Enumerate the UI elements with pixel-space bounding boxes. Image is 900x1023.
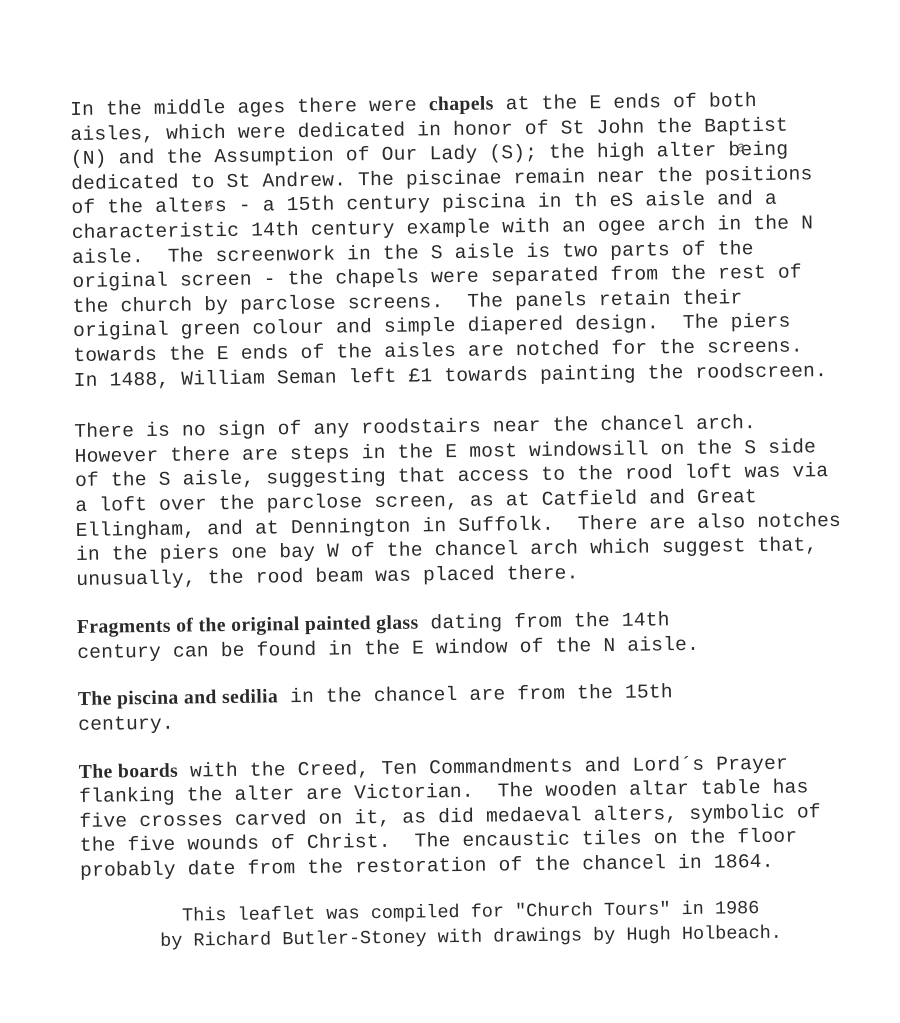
bold-heading: chapels xyxy=(429,93,494,115)
text-run: dating from the 14th xyxy=(418,609,669,634)
bold-heading: Fragments of the original painted glass xyxy=(77,613,419,638)
text-run: In the middle ages there were xyxy=(70,94,429,121)
document-page: In the middle ages there were chapels at… xyxy=(70,88,881,955)
document-body: In the middle ages there were chapels at… xyxy=(70,88,880,884)
bold-heading: The piscina and sedilia xyxy=(78,687,279,711)
text-run: in the chancel are from the 15th xyxy=(278,682,673,709)
paragraph-roodstairs: There is no sign of any roodstairs near … xyxy=(74,410,876,593)
text-run: century. xyxy=(78,713,174,736)
paragraph-chapels: In the middle ages there were chapels at… xyxy=(70,88,874,394)
text-run: at the E ends of both xyxy=(494,90,757,115)
paragraph-boards: The boards with the Creed, Ten Commandme… xyxy=(79,750,881,883)
bold-heading: The boards xyxy=(79,760,179,782)
credits-footer: This leaflet was compiled for "Church To… xyxy=(81,894,862,954)
text-run: unusually, the rood beam was placed ther… xyxy=(76,562,578,591)
